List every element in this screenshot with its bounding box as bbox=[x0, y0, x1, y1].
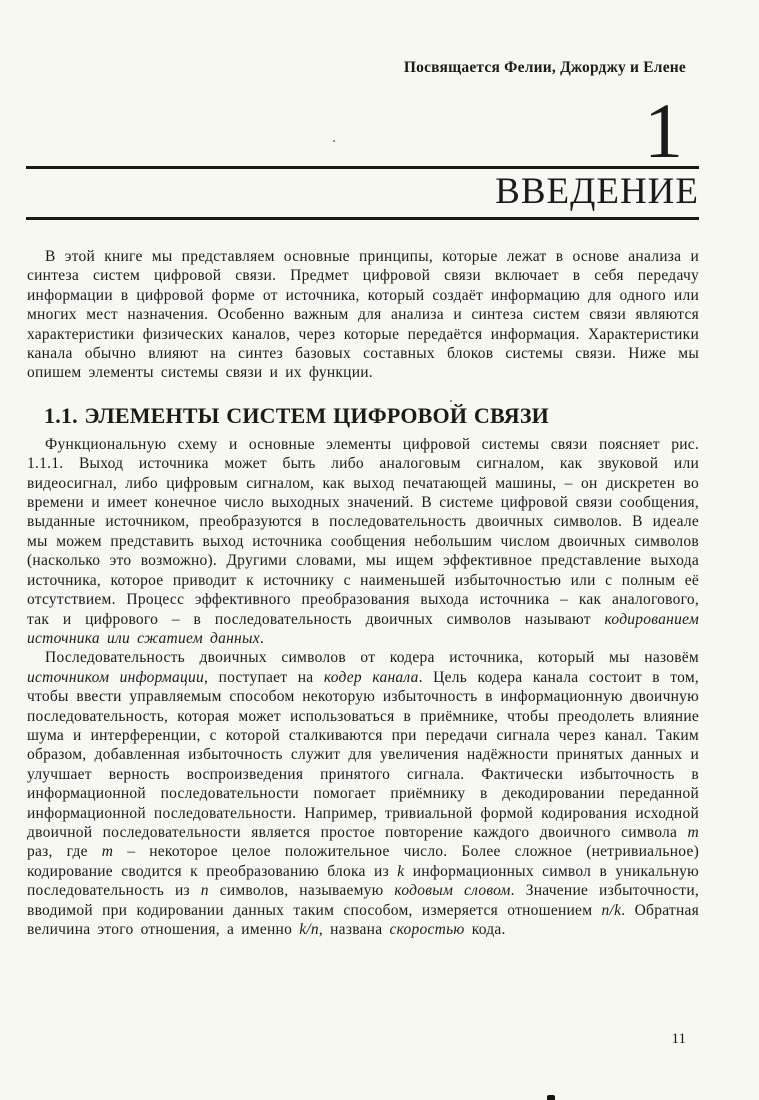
dedication-text: Посвящается Фелии, Джорджу и Елене bbox=[0, 59, 686, 77]
chapter-title: ВВЕДЕНИЕ bbox=[0, 175, 699, 209]
paragraph-channel-coding: Последовательность двоичных символов от … bbox=[27, 648, 699, 939]
bottom-edge-mark bbox=[547, 1095, 555, 1100]
top-rule bbox=[26, 166, 699, 169]
body-text: В этой книге мы представляем основные пр… bbox=[27, 247, 699, 939]
chapter-number: 1 bbox=[0, 101, 683, 161]
book-page: Посвящается Фелии, Джорджу и Елене 1 ВВЕ… bbox=[0, 0, 759, 1100]
scan-speck bbox=[450, 400, 452, 402]
paragraph-intro: В этой книге мы представляем основные пр… bbox=[27, 247, 699, 383]
bottom-rule bbox=[26, 217, 699, 220]
page-number: 11 bbox=[672, 1031, 686, 1047]
paragraph-source-coding: Функциональную схему и основные элементы… bbox=[27, 435, 699, 648]
section-heading: 1.1. ЭЛЕМЕНТЫ СИСТЕМ ЦИФРОВОЙ СВЯЗИ bbox=[44, 404, 699, 428]
scan-speck bbox=[333, 140, 335, 142]
